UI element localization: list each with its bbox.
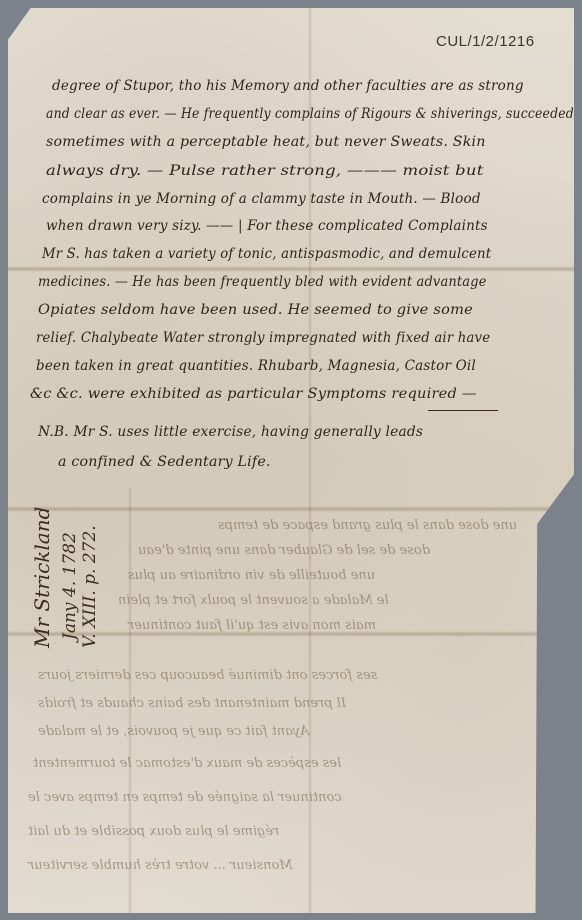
bleed-through-line: continuer la saignée de temps en temps a… bbox=[28, 790, 342, 805]
docket-name: Mr Strickland bbox=[30, 507, 54, 648]
letter-line: and clear as ever. — He frequently compl… bbox=[46, 106, 574, 122]
letter-line: degree of Stupor, tho his Memory and oth… bbox=[52, 78, 524, 94]
fold-line bbox=[8, 266, 574, 272]
bleed-through-line: Ayant fait ce que je pouvois, et le mala… bbox=[38, 724, 309, 739]
scan-background: CUL/1/2/1216 une dose dans le plus grand… bbox=[0, 0, 582, 920]
letter-page: CUL/1/2/1216 une dose dans le plus grand… bbox=[8, 8, 574, 913]
letter-line: &c &c. were exhibited as particular Symp… bbox=[30, 386, 477, 402]
bleed-through-line: une dose dans le plus grand espace de te… bbox=[218, 518, 517, 533]
fold-line bbox=[8, 506, 574, 512]
bleed-through-line: Il prend maintenant des bains chauds et … bbox=[38, 696, 346, 711]
letter-line: always dry. — Pulse rather strong, ——— m… bbox=[46, 163, 484, 179]
bleed-through-line: mais mon avis est qu'il faut continuer bbox=[128, 618, 376, 633]
archive-shelfmark: CUL/1/2/1216 bbox=[436, 33, 535, 50]
bleed-through-line: dose de sel de Glauber dans une pinte d'… bbox=[138, 543, 430, 558]
bleed-through-line: le Malade a souvent le poulx fort et ple… bbox=[118, 593, 389, 608]
bleed-through-line: régime le plus doux possible et du lait bbox=[28, 824, 279, 839]
letter-line: complains in ye Morning of a clammy tast… bbox=[42, 191, 481, 207]
letter-line: medicines. — He has been frequently bled… bbox=[38, 274, 487, 290]
bleed-through-line: les espèces de maux d'estomac le tourmen… bbox=[33, 756, 341, 771]
letter-line: sometimes with a perceptable heat, but n… bbox=[46, 134, 486, 150]
letter-line: N.B. Mr S. uses little exercise, having … bbox=[38, 424, 423, 440]
bleed-through-line: Monsieur ... votre très humble serviteur bbox=[28, 858, 293, 873]
letter-line: been taken in great quantities. Rhubarb,… bbox=[36, 358, 476, 374]
letter-line: Opiates seldom have been used. He seemed… bbox=[38, 302, 473, 318]
letter-line: when drawn very sizy. —— | For these com… bbox=[46, 218, 488, 234]
bleed-through-line: une bouteille de vin ordinaire au plus bbox=[128, 568, 375, 583]
letter-line: Mr S. has taken a variety of tonic, anti… bbox=[42, 246, 491, 262]
bleed-through-line: ses forces ont diminué beaucoup ces dern… bbox=[38, 668, 377, 683]
docket-date: Jany 4. 1782 bbox=[60, 532, 80, 640]
underline-rule bbox=[428, 410, 498, 411]
letter-line: relief. Chalybeate Water strongly impreg… bbox=[36, 330, 490, 346]
letter-line: a confined & Sedentary Life. bbox=[58, 454, 271, 470]
docket-reference: V. XIII. p. 272. bbox=[80, 525, 100, 648]
